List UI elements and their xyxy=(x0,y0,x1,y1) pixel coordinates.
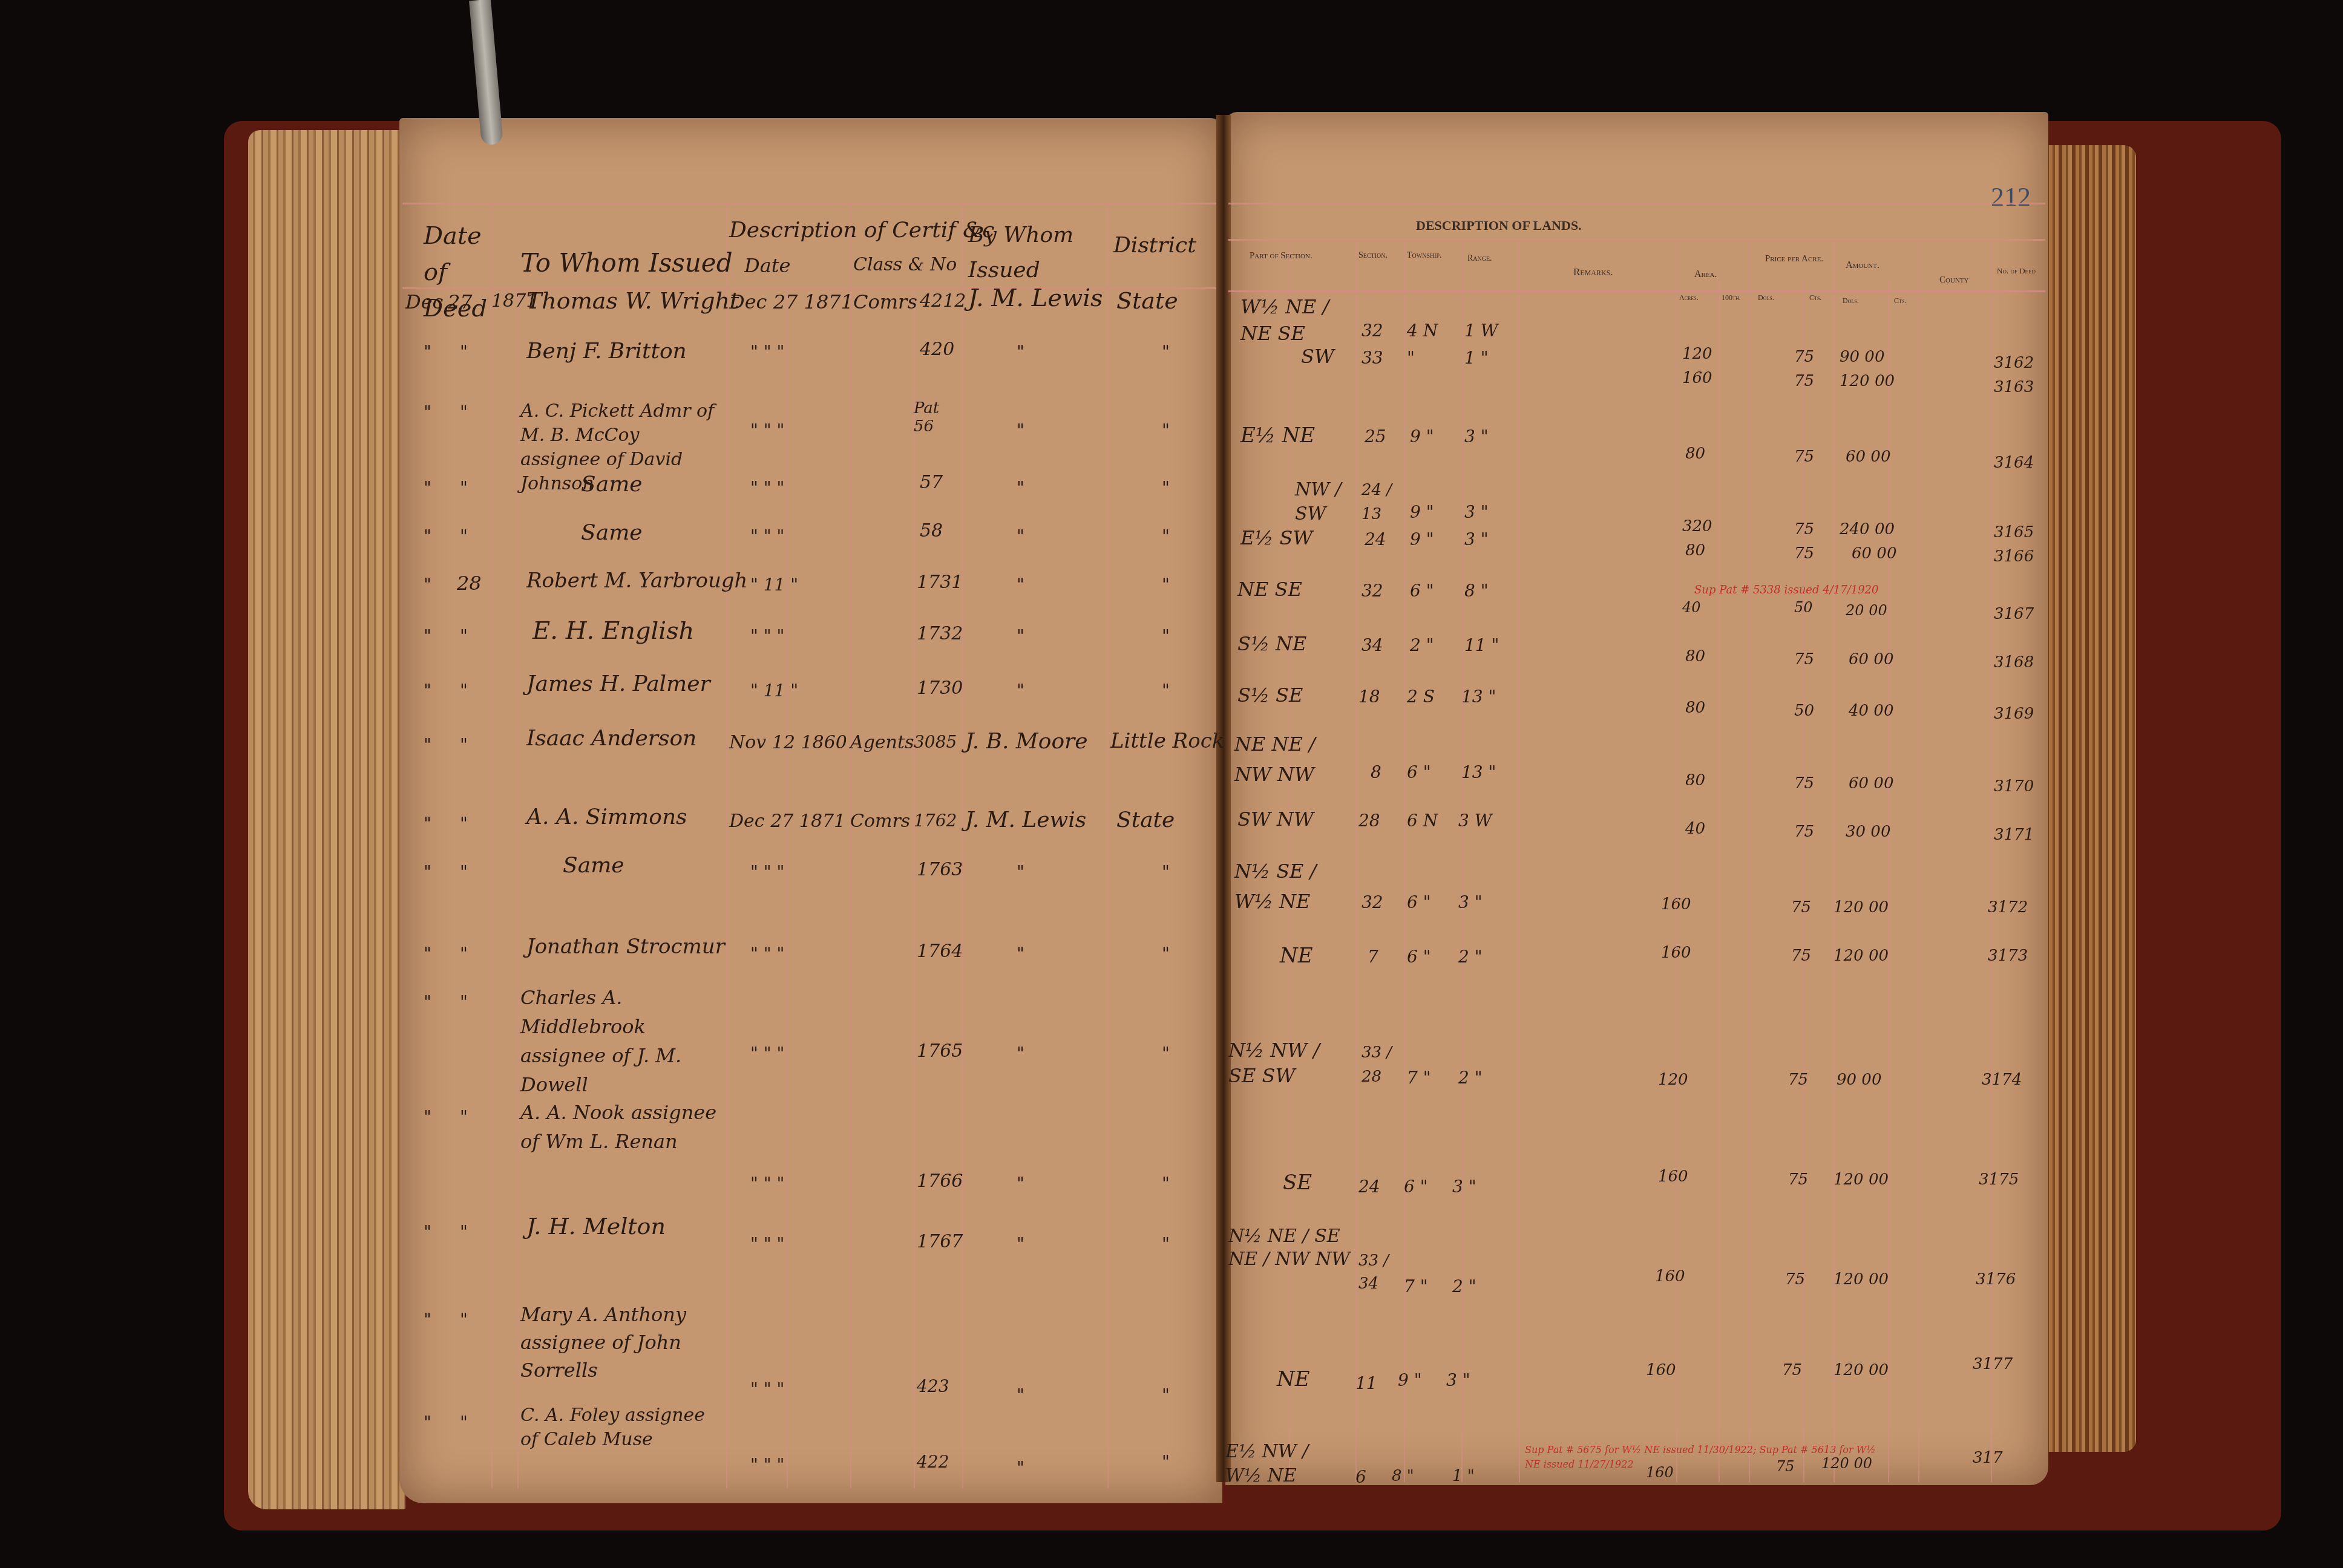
row-grantee: James H. Palmer xyxy=(526,671,710,696)
page-number: 212 xyxy=(1991,181,2031,212)
row-deed-number: 3164 xyxy=(1994,454,2034,472)
row-price: 50 xyxy=(1794,599,1813,616)
row-district: " xyxy=(1162,944,1170,964)
rule xyxy=(1676,242,1677,1482)
row-month: " xyxy=(424,478,431,498)
row-cert-date: " 11 " xyxy=(750,575,798,595)
row-day: " xyxy=(460,1222,468,1242)
header-amount-cts: Cts. xyxy=(1894,296,1906,305)
row-township: 7 " xyxy=(1404,1276,1428,1296)
row-grantee: Jonathan Strocmur xyxy=(526,935,725,959)
rule xyxy=(914,290,915,1488)
header-price-per-acre: Price per Acre. xyxy=(1764,254,1824,264)
row-day: " xyxy=(460,1310,468,1330)
row-township: 9 " xyxy=(1398,1370,1422,1390)
row-district: " xyxy=(1162,575,1170,595)
row-range: 1 " xyxy=(1452,1467,1475,1485)
row-number: 1764 xyxy=(917,941,963,962)
row-district: " xyxy=(1162,420,1170,440)
rule xyxy=(517,290,519,1488)
row-grantee: Benj F. Britton xyxy=(526,339,687,364)
row-month: Dec xyxy=(405,290,444,313)
row-month: " xyxy=(424,526,431,546)
rule xyxy=(787,290,788,1488)
row-number: 1763 xyxy=(917,859,963,880)
row-acres: 160 xyxy=(1646,1361,1676,1379)
row-issued-by: J. M. Lewis xyxy=(965,808,1086,832)
row-issued-by: " xyxy=(1017,342,1024,362)
row-part-of-section: NE SE xyxy=(1237,578,1302,601)
row-month: " xyxy=(424,1413,431,1432)
row-month: " xyxy=(424,1107,431,1127)
rule xyxy=(1991,242,1992,1482)
row-acres: 160 xyxy=(1682,369,1712,387)
row-acres: 80 xyxy=(1685,541,1705,560)
row-part-of-section: E½ NE xyxy=(1240,423,1315,448)
row-deed-number: 3173 xyxy=(1988,947,2028,965)
row-number: 58 xyxy=(920,520,943,541)
row-amount: 120 00 xyxy=(1840,372,1895,390)
row-number: 57 xyxy=(920,472,943,493)
row-amount: 60 00 xyxy=(1849,650,1893,668)
row-day: " xyxy=(460,944,468,964)
row-number: 1731 xyxy=(917,572,963,593)
row-part-of-section: NW / SW xyxy=(1295,478,1349,526)
row-district: " xyxy=(1162,626,1170,646)
row-district: State xyxy=(1116,808,1175,832)
row-cert-date: Dec 27 1871 xyxy=(729,811,845,832)
row-district: " xyxy=(1162,526,1170,546)
row-grantee: Same xyxy=(581,472,643,497)
row-day: " xyxy=(460,681,468,701)
row-section: 32 xyxy=(1362,892,1383,912)
row-section: 33 xyxy=(1362,348,1383,368)
row-day: " xyxy=(460,862,468,882)
row-acres: 120 xyxy=(1682,345,1712,363)
row-month: " xyxy=(424,681,431,701)
row-number: 1767 xyxy=(917,1231,963,1252)
row-deed-number: 3177 xyxy=(1973,1355,2013,1373)
header-part-of-section: Part of Section. xyxy=(1250,251,1312,261)
row-part-of-section: W½ NE / NE SE xyxy=(1240,293,1349,347)
rule xyxy=(1519,242,1520,1482)
row-deed-number: 317 xyxy=(1973,1449,2003,1467)
header-hundredths: 100th. xyxy=(1722,293,1741,302)
row-township: 6 " xyxy=(1407,762,1431,782)
row-acres: 120 xyxy=(1658,1071,1688,1089)
row-price: 75 xyxy=(1776,1458,1795,1475)
header-description-of-certif: Description of Certif &c xyxy=(729,218,994,243)
row-township: 4 N xyxy=(1407,321,1438,341)
row-acres: 320 xyxy=(1682,517,1712,535)
row-issued-by: J. M. Lewis xyxy=(968,284,1103,312)
row-township: 6 " xyxy=(1407,892,1431,912)
row-district: " xyxy=(1162,1044,1170,1063)
row-amount: 40 00 xyxy=(1849,702,1893,720)
row-range: 2 " xyxy=(1452,1276,1476,1296)
row-amount: 90 00 xyxy=(1840,348,1884,366)
row-range: 8 " xyxy=(1464,581,1489,601)
page-edges-left xyxy=(248,130,405,1509)
rule xyxy=(1833,242,1835,1482)
row-district: " xyxy=(1162,862,1170,882)
row-district: State xyxy=(1116,287,1178,314)
row-grantee: A. A. Simmons xyxy=(526,805,687,829)
row-cert-date: " " " xyxy=(750,1174,784,1194)
rule xyxy=(491,206,493,1488)
rule xyxy=(1918,242,1919,1482)
row-deed-number: 3170 xyxy=(1994,777,2034,795)
row-section: 11 xyxy=(1355,1373,1377,1393)
row-day: 28 xyxy=(457,572,482,595)
row-acres: 40 xyxy=(1682,599,1701,616)
row-township: 2 S xyxy=(1407,687,1435,707)
row-grantee: Same xyxy=(581,520,643,545)
row-range: 3 " xyxy=(1464,529,1489,549)
row-cert-date: " " " xyxy=(750,420,784,440)
row-cert-date: " " " xyxy=(750,862,784,882)
row-part-of-section: SE xyxy=(1283,1171,1312,1195)
row-class: Comrs xyxy=(850,811,910,832)
row-issued-by: " xyxy=(1017,575,1024,595)
rule xyxy=(1749,242,1750,1482)
row-township: 9 " xyxy=(1410,502,1434,522)
row-amount: 60 00 xyxy=(1849,774,1893,792)
row-range: 13 " xyxy=(1461,762,1496,782)
row-range: 2 " xyxy=(1458,947,1483,967)
row-township: 9 " xyxy=(1410,529,1434,549)
row-cert-date: " " " xyxy=(750,1379,784,1399)
row-issued-by: " xyxy=(1017,626,1024,646)
row-cert-date: " " " xyxy=(750,478,784,498)
row-issued-by: " xyxy=(1017,944,1024,964)
row-section: 24 / 13 xyxy=(1362,478,1404,526)
row-part-of-section: N½ NE / SE NE / NW NW xyxy=(1228,1225,1355,1271)
row-price: 75 xyxy=(1794,544,1814,563)
row-month: " xyxy=(424,575,431,595)
row-range: 3 " xyxy=(1458,892,1483,912)
row-part-of-section: NE NE / NW NW xyxy=(1234,729,1349,789)
row-amount: 120 00 xyxy=(1833,947,1889,965)
row-issued-by: " xyxy=(1017,420,1024,440)
rule xyxy=(402,203,1216,204)
row-part-of-section: E½ NW / W½ NE xyxy=(1225,1440,1340,1488)
row-month: " xyxy=(424,735,431,755)
row-month: " xyxy=(424,944,431,964)
row-range: 3 " xyxy=(1446,1370,1470,1390)
row-acres: 160 xyxy=(1661,944,1691,962)
row-grantee: C. A. Foley assignee of Caleb Muse xyxy=(520,1403,720,1452)
row-range: 3 " xyxy=(1452,1177,1476,1197)
rule xyxy=(1228,203,2045,204)
row-deed-number: 3174 xyxy=(1982,1071,2022,1089)
row-issued-by: " xyxy=(1017,478,1024,498)
row-amount: 20 00 xyxy=(1846,602,1887,619)
row-number: 1732 xyxy=(917,623,963,644)
row-township: " xyxy=(1407,348,1415,368)
row-day: " xyxy=(460,814,468,834)
row-grantee: J. H. Melton xyxy=(526,1213,666,1240)
row-day: " xyxy=(460,1107,468,1127)
row-month: " xyxy=(424,1222,431,1242)
row-part-of-section: S½ SE xyxy=(1237,684,1303,707)
row-amount: 120 00 xyxy=(1833,1361,1889,1379)
row-deed-number: 3176 xyxy=(1976,1270,2016,1289)
row-issued-by: " xyxy=(1017,1234,1024,1254)
row-grantee: Mary A. Anthony assignee of John Sorrell… xyxy=(520,1301,720,1384)
row-amount: 120 00 xyxy=(1833,898,1889,916)
rule xyxy=(962,206,963,1488)
row-part-of-section: E½ SW xyxy=(1240,526,1312,549)
row-range: 3 W xyxy=(1458,811,1492,831)
header-class-no: Class & No xyxy=(853,254,957,275)
row-issued-by: " xyxy=(1017,1044,1024,1063)
row-district: " xyxy=(1162,1452,1170,1472)
row-price: 75 xyxy=(1794,372,1814,390)
row-district: " xyxy=(1162,681,1170,701)
row-issued-by: " xyxy=(1017,1385,1024,1405)
row-district: " xyxy=(1162,1174,1170,1194)
row-amount: 90 00 xyxy=(1837,1071,1881,1089)
row-number: 1766 xyxy=(917,1171,963,1192)
row-issued-by: " xyxy=(1017,1174,1024,1194)
row-acres: 80 xyxy=(1685,699,1705,717)
row-deed-number: 3163 xyxy=(1994,378,2034,396)
row-month: " xyxy=(424,402,431,422)
row-part-of-section: SW NW xyxy=(1237,808,1314,831)
row-township: 6 N xyxy=(1407,811,1438,831)
row-section: 24 xyxy=(1358,1177,1380,1197)
row-acres: 80 xyxy=(1685,771,1705,789)
row-number: 1765 xyxy=(917,1040,963,1062)
row-cert-date: " " " xyxy=(750,1234,784,1254)
row-part-of-section: NE xyxy=(1277,1367,1310,1391)
row-section: 25 xyxy=(1365,426,1386,446)
row-acres: 160 xyxy=(1646,1464,1674,1481)
row-acres: 160 xyxy=(1661,895,1691,913)
header-acres: Acres. xyxy=(1679,293,1699,302)
row-section: 34 xyxy=(1362,635,1383,655)
row-cert-date: " 11 " xyxy=(750,681,798,701)
row-amount: 30 00 xyxy=(1846,823,1890,841)
row-issued-by: " xyxy=(1017,681,1024,701)
rule xyxy=(850,206,851,1488)
row-range: 1 W xyxy=(1464,321,1498,341)
row-section: 32 xyxy=(1362,581,1383,601)
row-number: 422 xyxy=(917,1452,949,1472)
row-range: 2 " xyxy=(1458,1068,1483,1088)
row-issued-by: " xyxy=(1017,526,1024,546)
row-township: 2 " xyxy=(1410,635,1434,655)
row-range: 1 " xyxy=(1464,348,1489,368)
rule xyxy=(1719,278,1720,1482)
row-cert-date: " " " xyxy=(750,526,784,546)
row-number: 4212 xyxy=(920,290,966,312)
row-class: Agents xyxy=(850,732,914,753)
header-price-cts: Cts. xyxy=(1809,293,1821,302)
row-deed-number: 3165 xyxy=(1994,523,2034,541)
rule xyxy=(1355,242,1357,1482)
row-deed-number: 3162 xyxy=(1994,354,2034,372)
row-price: 75 xyxy=(1794,823,1814,841)
row-amount: 60 00 xyxy=(1852,544,1896,563)
row-range: 11 " xyxy=(1464,635,1499,655)
header-date: Date xyxy=(744,254,791,277)
rule xyxy=(726,206,727,1488)
row-month: " xyxy=(424,814,431,834)
header-township: Township. xyxy=(1407,251,1442,261)
row-township: 6 " xyxy=(1410,581,1434,601)
row-price: 75 xyxy=(1794,448,1814,466)
row-price: 75 xyxy=(1794,520,1814,538)
row-deed-number: 3169 xyxy=(1994,705,2034,723)
row-grantee: Isaac Anderson xyxy=(526,726,696,751)
row-grantee: Charles A. Middlebrook assignee of J. M.… xyxy=(520,983,720,1099)
header-range: Range. xyxy=(1467,254,1492,264)
row-range: 3 " xyxy=(1464,426,1489,446)
row-number: 423 xyxy=(917,1376,949,1396)
row-deed-number: 3171 xyxy=(1994,826,2034,844)
row-deed-number: 3172 xyxy=(1988,898,2028,916)
row-cert-date: " " " xyxy=(750,626,784,646)
row-acres: 160 xyxy=(1658,1168,1688,1186)
row-day: " xyxy=(460,402,468,422)
row-day: " xyxy=(460,342,468,362)
row-acres: 40 xyxy=(1685,820,1705,838)
row-price: 75 xyxy=(1794,650,1814,668)
row-part-of-section: N½ SE / W½ NE xyxy=(1234,856,1349,916)
row-remarks-annotation: Sup Pat # 5338 issued 4/17/1920 xyxy=(1694,584,1879,596)
row-acres: 80 xyxy=(1685,647,1705,665)
row-section: 33 / 28 xyxy=(1362,1040,1404,1089)
row-price: 75 xyxy=(1791,898,1811,916)
header-no-of-deed: No. of Deed xyxy=(1997,266,2039,276)
header-by-whom-issued: By Whom Issued xyxy=(968,218,1101,288)
row-number: 1730 xyxy=(917,678,963,699)
row-month: " xyxy=(424,342,431,362)
row-price: 75 xyxy=(1794,348,1814,366)
book-gutter xyxy=(1216,115,1231,1482)
row-price: 75 xyxy=(1785,1270,1805,1289)
row-township: 6 " xyxy=(1404,1177,1428,1197)
row-deed-number: 3167 xyxy=(1994,605,2034,623)
row-section: 28 xyxy=(1358,811,1380,831)
row-range: 3 " xyxy=(1464,502,1489,522)
row-price: 75 xyxy=(1794,774,1814,792)
row-issued-by: " xyxy=(1017,862,1024,882)
row-day: " xyxy=(460,478,468,498)
row-acres: 80 xyxy=(1685,445,1705,463)
header-to-whom-issued: To Whom Issued xyxy=(520,248,733,278)
row-cert-date: Nov 12 1860 xyxy=(729,732,847,753)
row-grantee: A. A. Nook assignee of Wm L. Renan xyxy=(520,1098,720,1156)
row-grantee: Robert M. Yarbrough xyxy=(526,569,747,593)
row-cert-date: " " " xyxy=(750,1455,784,1475)
row-day: " xyxy=(460,626,468,646)
row-part-of-section: S½ NE xyxy=(1237,632,1306,655)
row-cert-date: Dec 27 1871 xyxy=(729,290,853,313)
row-grantee: Thomas W. Wright xyxy=(526,287,739,314)
row-cert-date: " " " xyxy=(750,1044,784,1063)
row-number: Pat 56 xyxy=(914,399,950,436)
row-number: 1762 xyxy=(914,811,957,831)
rule xyxy=(1228,239,2045,241)
row-month: " xyxy=(424,1310,431,1330)
row-number: 420 xyxy=(920,339,954,360)
row-day: " xyxy=(460,1413,468,1432)
row-section: 18 xyxy=(1358,687,1380,707)
description-of-lands-title: Description of Lands. xyxy=(1416,218,1582,234)
rule xyxy=(1107,206,1109,1488)
row-day: " xyxy=(460,526,468,546)
header-area: Area. xyxy=(1694,269,1717,280)
row-price: 75 xyxy=(1788,1071,1808,1089)
page-edges-right xyxy=(2045,145,2136,1452)
row-price: 50 xyxy=(1794,702,1814,720)
row-issued-by: J. B. Moore xyxy=(965,729,1088,754)
row-day: " xyxy=(460,735,468,755)
row-section: 6 xyxy=(1355,1467,1366,1487)
row-deed-number: 3175 xyxy=(1979,1171,2019,1189)
row-township: 8 " xyxy=(1392,1467,1414,1485)
row-range: 13 " xyxy=(1461,687,1496,707)
row-price: 75 xyxy=(1791,947,1811,965)
row-number: 3085 xyxy=(914,732,957,752)
row-deed-number: 3166 xyxy=(1994,547,2034,566)
header-county: County xyxy=(1939,275,1969,286)
header-amount-dols: Dols. xyxy=(1843,296,1859,305)
row-price: 75 xyxy=(1782,1361,1802,1379)
row-amount: 120 00 xyxy=(1833,1270,1889,1289)
row-section: 8 xyxy=(1371,762,1381,782)
row-township: 9 " xyxy=(1410,426,1434,446)
row-district: " xyxy=(1162,478,1170,498)
row-amount: 120 00 xyxy=(1821,1455,1872,1472)
row-part-of-section: SW xyxy=(1301,345,1334,368)
row-day: 27 xyxy=(448,290,473,313)
header-amount: Amount. xyxy=(1846,260,1879,271)
row-grantee: Same xyxy=(563,853,624,878)
row-amount: 60 00 xyxy=(1846,448,1890,466)
row-township: 7 " xyxy=(1407,1068,1431,1088)
row-day: " xyxy=(460,992,468,1012)
row-acres: 160 xyxy=(1655,1267,1685,1285)
row-township: 6 " xyxy=(1407,947,1431,967)
row-month: " xyxy=(424,626,431,646)
row-price: 75 xyxy=(1788,1171,1808,1189)
row-month: " xyxy=(424,862,431,882)
header-remarks: Remarks. xyxy=(1573,266,1613,278)
row-section: 33 / 34 xyxy=(1358,1249,1401,1295)
row-district: Little Rock xyxy=(1110,729,1224,753)
row-section: 7 xyxy=(1368,947,1378,967)
header-section: Section. xyxy=(1358,251,1388,261)
row-amount: 120 00 xyxy=(1833,1171,1889,1189)
row-district: " xyxy=(1162,342,1170,362)
row-section: 24 xyxy=(1365,529,1386,549)
row-issued-by: " xyxy=(1017,1458,1024,1478)
row-cert-date: " " " xyxy=(750,944,784,964)
row-district: " xyxy=(1162,1385,1170,1405)
header-price-dols: Dols. xyxy=(1758,293,1774,302)
row-part-of-section: NE xyxy=(1280,944,1313,968)
row-deed-number: 3168 xyxy=(1994,653,2034,671)
row-section: 32 xyxy=(1362,321,1383,341)
row-amount: 240 00 xyxy=(1840,520,1895,538)
row-cert-date: " " " xyxy=(750,342,784,362)
row-district: " xyxy=(1162,1234,1170,1254)
row-class: Comrs xyxy=(853,290,917,313)
